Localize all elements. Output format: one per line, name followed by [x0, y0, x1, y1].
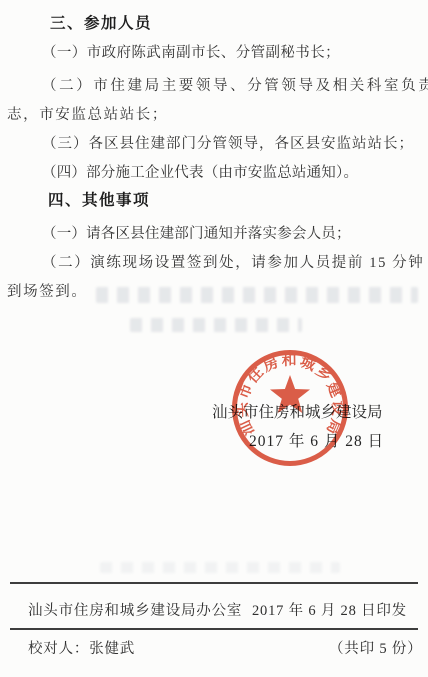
body-line: 到场签到。	[7, 282, 88, 302]
official-seal: 汕头市住房和城乡建设局	[210, 328, 370, 488]
body-line: （一）市政府陈武南副市长、分管副秘书长；	[42, 43, 340, 63]
footer-copies-count: （共印 5 份）	[329, 637, 422, 658]
footer-rule-top	[10, 582, 418, 584]
bleedthrough-ghost	[100, 562, 340, 573]
body-line: （一）请各区县住建部门通知并落实参会人员；	[42, 224, 351, 244]
bleedthrough-ghost	[96, 287, 418, 303]
body-line: （二）演练现场设置签到处，请参加人员提前 15 分钟	[42, 253, 424, 273]
body-line: （四）部分施工企业代表（由市安监总站通知）。	[42, 163, 358, 183]
footer-proofreader: 校对人：张健武	[28, 637, 135, 658]
scanned-document-page: 三、参加人员 （一）市政府陈武南副市长、分管副秘书长； （二）市住建局主要领导、…	[0, 0, 428, 677]
footer-rule-bottom	[10, 628, 418, 630]
section-heading-participants: 三、参加人员	[50, 14, 152, 34]
star-icon	[270, 375, 310, 413]
body-line: （三）各区县住建部门分管领导，各区县安监站站长；	[42, 134, 414, 154]
footer-office: 汕头市住房和城乡建设局办公室	[28, 599, 242, 620]
footer-print-date: 2017 年 6 月 28 日印发	[252, 599, 407, 620]
body-line: 志，市安监总站站长；	[7, 105, 168, 125]
body-line: （二）市住建局主要领导、分管领导及相关科室负责同	[42, 76, 428, 96]
section-heading-other-matters: 四、其他事项	[48, 191, 150, 211]
